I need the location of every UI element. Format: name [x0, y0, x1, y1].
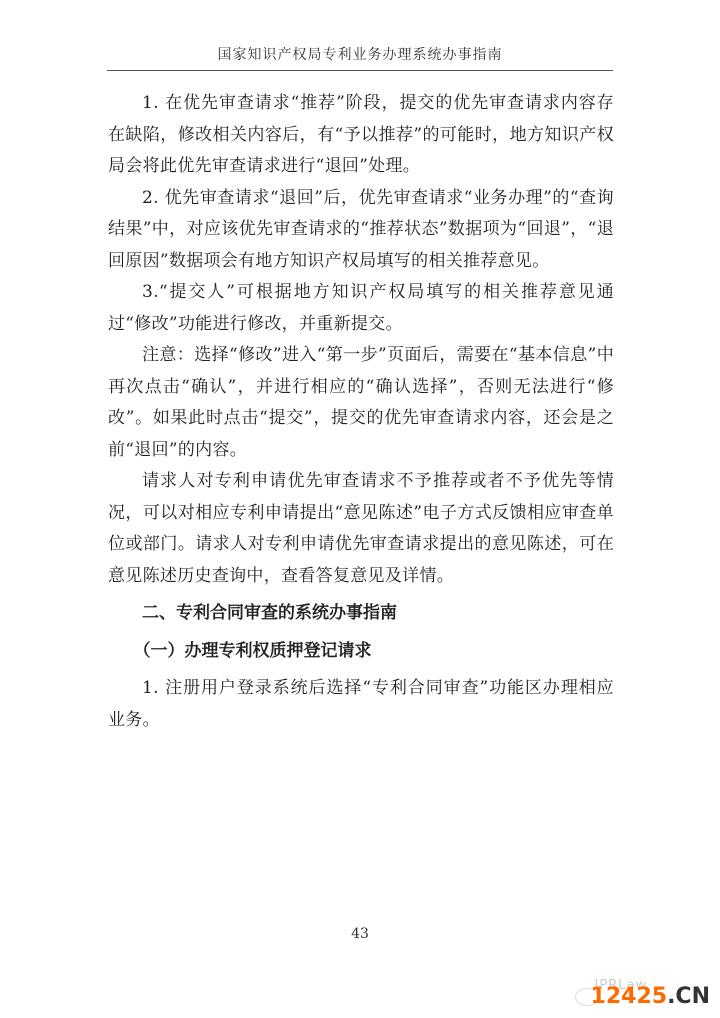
section-paragraph-1: 1. 注册用户登录系统后选择“专利合同审查”功能区办理相应业务。 [108, 673, 614, 736]
watermark-suffix: .CN [667, 984, 710, 1009]
watermark: IPRLaw 12425 .CN [575, 984, 710, 1009]
header-divider [107, 70, 613, 71]
paragraph-3: 3.“提交人”可根据地方知识产权局填写的相关推荐意见通过“修改”功能进行修改，并… [108, 277, 614, 340]
subsection-heading: （一）办理专利权质押登记请求 [108, 636, 614, 668]
page-number: 43 [0, 926, 720, 942]
watermark-number: 12425 [591, 984, 668, 1009]
note-paragraph: 注意：选择“修改”进入“第一步”页面后，需要在“基本信息”中再次点击“确认”，并… [108, 340, 614, 466]
paragraph-opinion: 请求人对专利申请优先审查请求不予推荐或者不予优先等情况，可以对相应专利申请提出“… [108, 466, 614, 592]
paragraph-2: 2. 优先审查请求“退回”后，优先审查请求“业务办理”的“查询结果”中，对应该优… [108, 183, 614, 278]
document-body: 1. 在优先审查请求“推荐”阶段，提交的优先审查请求内容存在缺陷，修改相关内容后… [108, 88, 614, 736]
running-header: 国家知识产权局专利业务办理系统办事指南 [107, 44, 613, 64]
paragraph-1: 1. 在优先审查请求“推荐”阶段，提交的优先审查请求内容存在缺陷，修改相关内容后… [108, 88, 614, 183]
section-heading: 二、专利合同审查的系统办事指南 [108, 598, 614, 630]
